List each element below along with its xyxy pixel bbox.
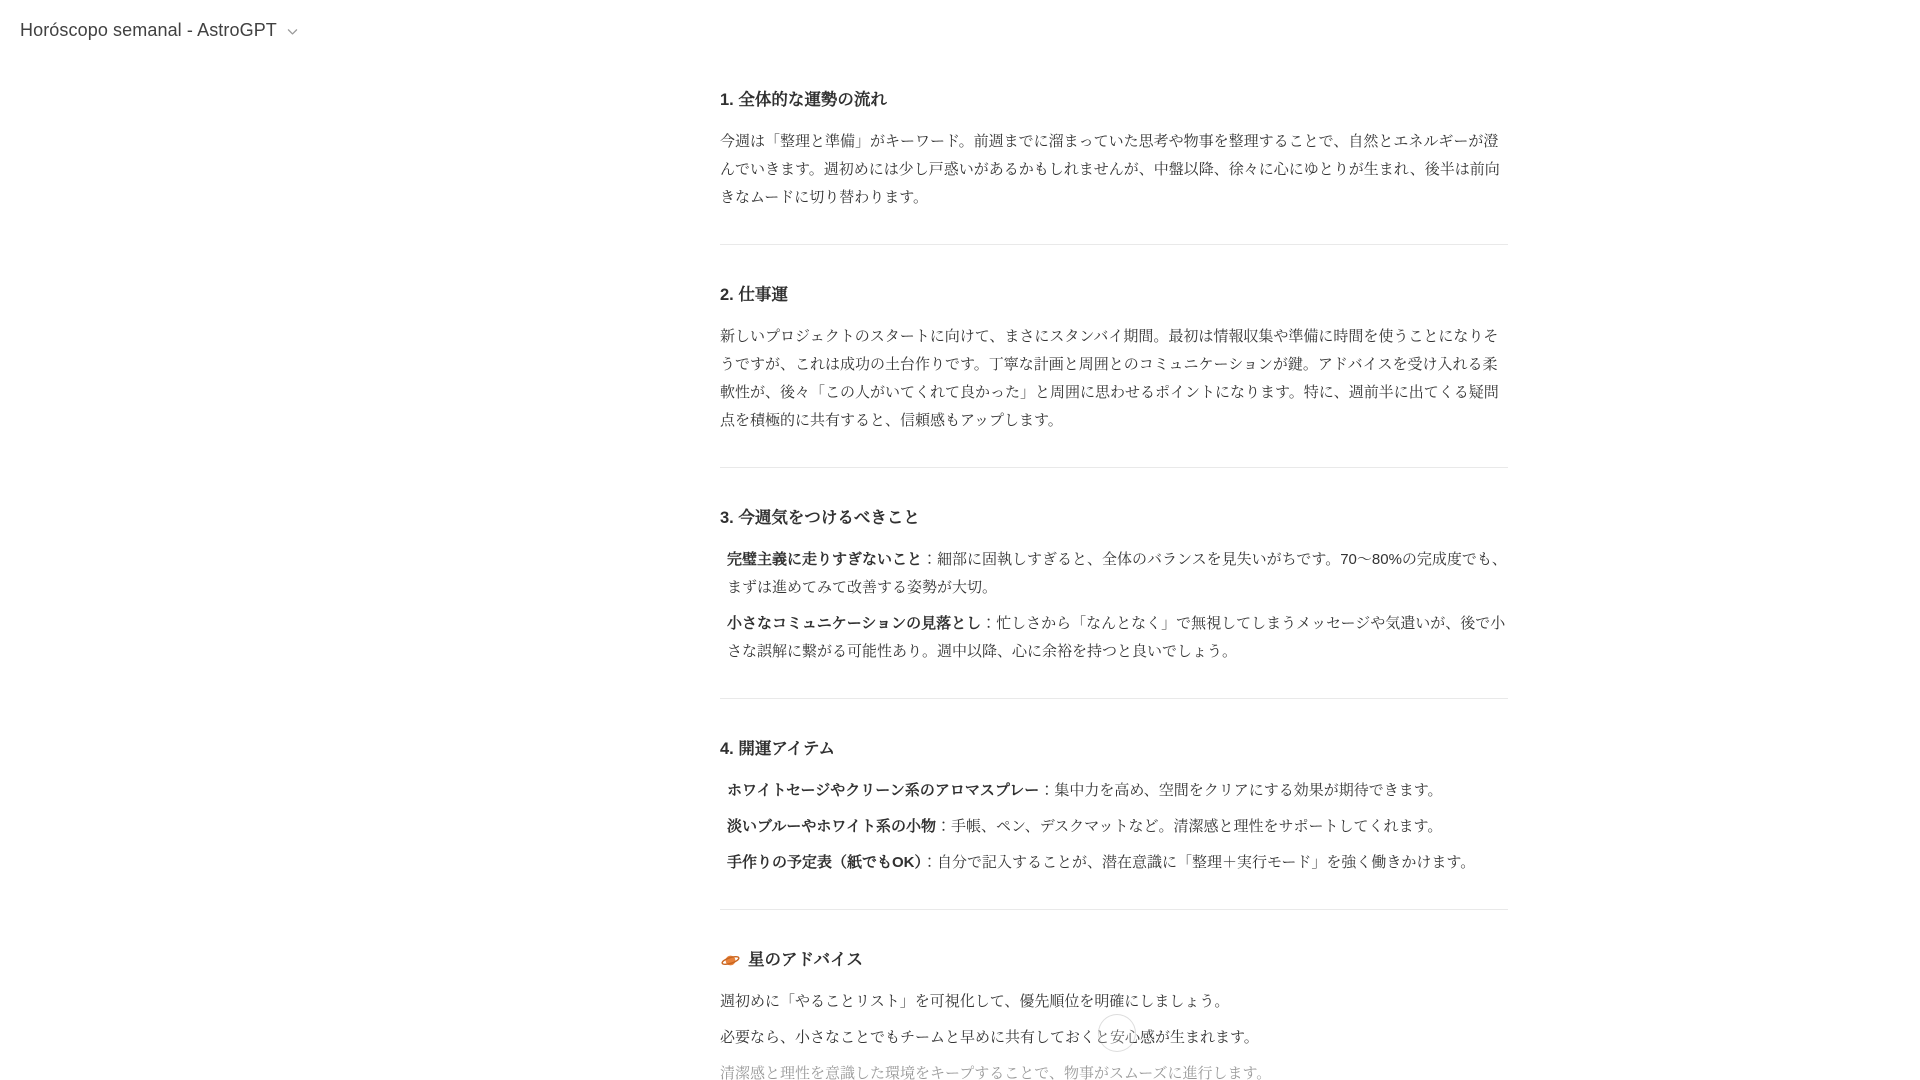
section-cautions: 3. 今週気をつけるべきこと 完璧主義に走りすぎないこと：細部に固執しすぎると、… xyxy=(720,506,1508,666)
section-heading: 2. 仕事運 xyxy=(720,283,1508,307)
bullet-paragraph: 淡いブルーやホワイト系の小物：手帳、ペン、デスクマットなど。清潔感と理性をサポー… xyxy=(720,813,1508,841)
conversation-title: Horóscopo semanal - AstroGPT xyxy=(20,20,277,41)
bullet-text: ：集中力を高め、空間をクリアにする効果が期待できます。 xyxy=(1039,782,1442,799)
bullet-paragraph: 完璧主義に走りすぎないこと：細部に固執しすぎると、全体のバランスを見失いがちです… xyxy=(720,546,1508,602)
section-lucky-items: 4. 開運アイテム ホワイトセージやクリーン系のアロマスプレー：集中力を高め、空… xyxy=(720,737,1508,877)
section-work-fortune: 2. 仕事運 新しいプロジェクトのスタートに向けて、まさにスタンバイ期間。最初は… xyxy=(720,283,1508,435)
advice-line: 清潔感と理性を意識した環境をキープすることで、物事がスムーズに進行します。 xyxy=(720,1060,1508,1080)
assistant-message: 1. 全体的な運勢の流れ 今週は「整理と準備」がキーワード。前週までに溜まってい… xyxy=(720,88,1508,1080)
section-heading: 1. 全体的な運勢の流れ xyxy=(720,88,1508,112)
section-divider xyxy=(720,467,1508,468)
section-heading: 3. 今週気をつけるべきこと xyxy=(720,506,1508,530)
section-paragraph: 今週は「整理と準備」がキーワード。前週までに溜まっていた思考や物事を整理すること… xyxy=(720,128,1508,212)
planet-icon xyxy=(720,950,740,970)
chevron-down-icon xyxy=(286,25,299,38)
section-heading-label: 星のアドバイス xyxy=(748,948,863,972)
section-divider xyxy=(720,698,1508,699)
section-overall-fortune: 1. 全体的な運勢の流れ 今週は「整理と準備」がキーワード。前週までに溜まってい… xyxy=(720,88,1508,212)
bullet-lead: 手作りの予定表（紙でもOK） xyxy=(727,854,922,871)
bullet-lead: ホワイトセージやクリーン系のアロマスプレー xyxy=(727,782,1039,799)
bullet-lead: 完璧主義に走りすぎないこと xyxy=(727,551,922,568)
section-divider xyxy=(720,244,1508,245)
bullet-paragraph: ホワイトセージやクリーン系のアロマスプレー：集中力を高め、空間をクリアにする効果… xyxy=(720,777,1508,805)
section-divider xyxy=(720,909,1508,910)
section-star-advice: 星のアドバイス 週初めに「やることリスト」を可視化して、優先順位を明確にしましょ… xyxy=(720,948,1508,1080)
bullet-text: ：自分で記入することが、潜在意識に「整理＋実行モード」を強く働きかけます。 xyxy=(922,854,1475,871)
bullet-paragraph: 手作りの予定表（紙でもOK）：自分で記入することが、潜在意識に「整理＋実行モード… xyxy=(720,849,1508,877)
section-heading: 4. 開運アイテム xyxy=(720,737,1508,761)
app-header: Horóscopo semanal - AstroGPT xyxy=(0,0,1920,60)
bullet-lead: 小さなコミュニケーションの見落とし xyxy=(727,615,981,632)
section-heading: 星のアドバイス xyxy=(720,948,1508,972)
bullet-paragraph: 小さなコミュニケーションの見落とし：忙しさから「なんとなく」で無視してしまうメッ… xyxy=(720,610,1508,666)
advice-line: 必要なら、小さなことでもチームと早めに共有しておくと安心感が生まれます。 xyxy=(720,1024,1508,1052)
bullet-lead: 淡いブルーやホワイト系の小物 xyxy=(727,818,936,835)
conversation-title-dropdown[interactable]: Horóscopo semanal - AstroGPT xyxy=(20,14,307,47)
bullet-text: ：手帳、ペン、デスクマットなど。清潔感と理性をサポートしてくれます。 xyxy=(936,818,1442,835)
advice-line: 週初めに「やることリスト」を可視化して、優先順位を明確にしましょう。 xyxy=(720,988,1508,1016)
section-paragraph: 新しいプロジェクトのスタートに向けて、まさにスタンバイ期間。最初は情報収集や準備… xyxy=(720,323,1508,435)
